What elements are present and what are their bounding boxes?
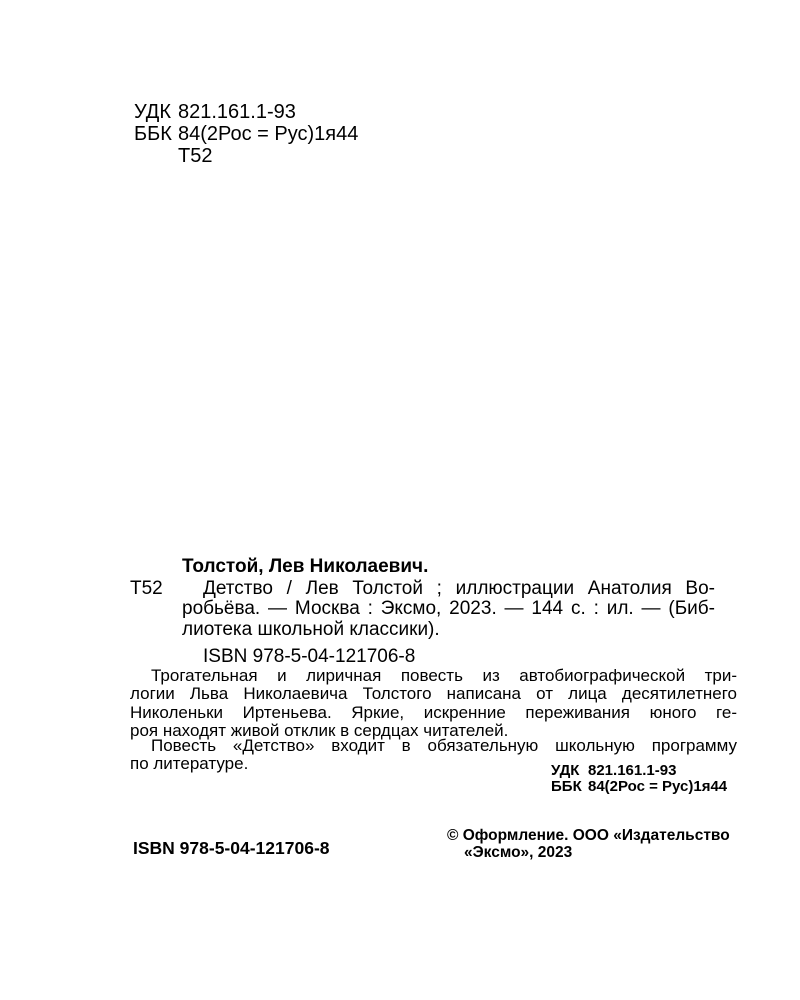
udk-value: 821.161.1-93 xyxy=(178,101,296,123)
annotation-line: Повесть «Детство» входит в обязательную … xyxy=(130,737,737,755)
annotation-line: логии Льва Николаевича Толстого написана… xyxy=(130,685,737,703)
bbk-label: ББК xyxy=(134,123,178,145)
annotation-line: Трогательная и лиричная повесть из автоб… xyxy=(130,667,737,685)
catalog-card-body: Т52 Детство / Лев Толстой ; иллюстрации … xyxy=(130,579,737,641)
udk-footer-row: УДК821.161.1-93 xyxy=(551,763,727,779)
author-sign-hanging: Т52 xyxy=(130,579,163,600)
annotation-paragraph-1: Трогательная и лиричная повесть из автоб… xyxy=(130,667,737,741)
copyright-line: «Эксмо», 2023 xyxy=(464,845,730,862)
annotation-line: Николеньки Иртеньева. Яркие, искренние п… xyxy=(130,704,737,722)
bbk-value: 84(2Рос = Рус)1я44 xyxy=(178,123,358,145)
copyright-notice: © Оформление. ООО «Издательство «Эксмо»,… xyxy=(447,828,730,861)
bbk-footer-row: ББК84(2Рос = Рус)1я44 xyxy=(551,779,727,795)
classification-top: УДК821.161.1-93 ББК84(2Рос = Рус)1я44 Т5… xyxy=(134,101,358,167)
description-line: Детство / Лев Толстой ; иллюстрации Анат… xyxy=(182,579,715,600)
book-imprint-page: УДК821.161.1-93 ББК84(2Рос = Рус)1я44 Т5… xyxy=(0,0,800,1000)
bbk-footer-label: ББК xyxy=(551,779,588,795)
catalog-card: Толстой, Лев Николаевич. Т52 Детство / Л… xyxy=(130,557,737,668)
card-isbn: ISBN 978-5-04-121706-8 xyxy=(203,647,737,668)
bbk-top-row: ББК84(2Рос = Рус)1я44 xyxy=(134,123,358,145)
udk-footer-value: 821.161.1-93 xyxy=(588,762,676,779)
udk-footer-label: УДК xyxy=(551,763,588,779)
udk-top-row: УДК821.161.1-93 xyxy=(134,101,358,123)
author-heading: Толстой, Лев Николаевич. xyxy=(182,557,737,578)
description-line: лиотека школьной классики). xyxy=(182,620,715,641)
bibliographic-description: Детство / Лев Толстой ; иллюстрации Анат… xyxy=(182,579,715,641)
author-sign-top-row: Т52 xyxy=(134,145,358,167)
author-sign: Т52 xyxy=(178,145,212,167)
annotation: Трогательная и лиричная повесть из автоб… xyxy=(130,667,737,773)
classification-footer: УДК821.161.1-93 ББК84(2Рос = Рус)1я44 xyxy=(551,763,727,794)
copyright-line: © Оформление. ООО «Издательство xyxy=(447,828,730,845)
description-line: робьёва. — Москва : Эксмо, 2023. — 144 с… xyxy=(182,599,715,620)
bbk-footer-value: 84(2Рос = Рус)1я44 xyxy=(588,778,727,795)
imprint-isbn: ISBN 978-5-04-121706-8 xyxy=(133,838,330,859)
udk-label: УДК xyxy=(134,101,178,123)
